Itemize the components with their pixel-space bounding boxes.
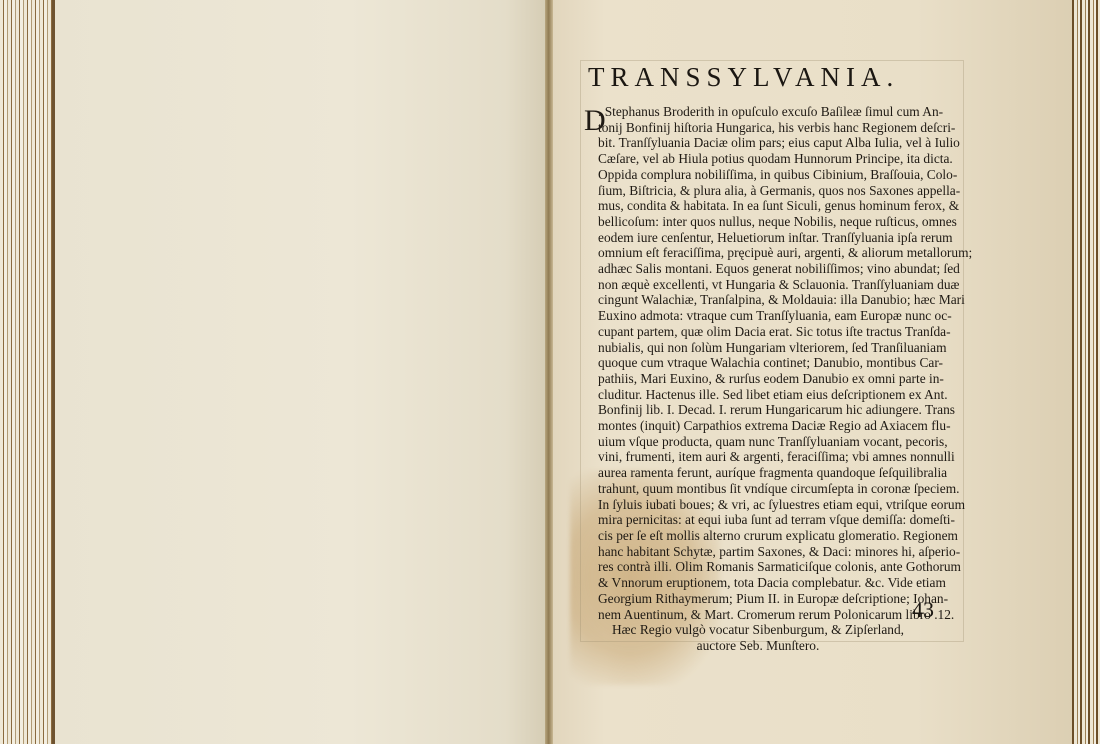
text-line: nubialis, qui non ſolùm Hungariam vlteri…: [598, 340, 918, 356]
text-line: tonij Bonfinij hiſtoria Hungarica, his v…: [598, 120, 918, 136]
text-line: eodem iure cenſentur, Heluetiorum inſtar…: [598, 230, 918, 246]
text-line: mira pernicitas: at equi iuba ſunt ad te…: [598, 512, 918, 528]
text-line: pathiis, Mari Euxino, & rurſus eodem Dan…: [598, 371, 918, 387]
text-line: omnium eſt feraciſſima, pręcipuè auri, a…: [598, 245, 918, 261]
text-line: trahunt, quum montibus ſit vndíque circu…: [598, 481, 918, 497]
page-number: 43: [912, 597, 934, 623]
text-line: . Stephanus Broderith in opuſculo excuſo…: [598, 104, 918, 120]
text-line: Bonfinij lib. I. Decad. I. rerum Hungari…: [598, 402, 918, 418]
text-line: uium vſque producta, quam nunc Tranſſylu…: [598, 434, 918, 450]
text-line: aurea ramenta ferunt, auríque fragmenta …: [598, 465, 918, 481]
text-line: & Vnnorum eruptionem, tota Dacia compleb…: [598, 575, 918, 591]
text-line: cupant partem, quæ olim Dacia erat. Sic …: [598, 324, 918, 340]
text-line: cis per ſe eſt mollis alterno crurum exp…: [598, 528, 918, 544]
text-line: Georgium Rithaymerum; Pium II. in Europæ…: [598, 591, 918, 607]
text-line: bit. Tranſſyluania Daciæ olim pars; eius…: [598, 135, 918, 151]
left-page-blank: [55, 0, 545, 744]
book-page-edges-right: [1072, 0, 1100, 744]
text-line: bellicoſum: inter quos nullus, neque Nob…: [598, 214, 918, 230]
text-line: Euxino admota: vtraque cum Tranſſyluania…: [598, 308, 918, 324]
page-title: TRANSSYLVANIA.: [588, 62, 899, 93]
text-line: vini, frumenti, item auri & argenti, fer…: [598, 449, 918, 465]
drop-cap: D: [584, 106, 606, 136]
text-line: non æquè excellenti, vt Hungaria & Sclau…: [598, 277, 918, 293]
body-text: D . Stephanus Broderith in opuſculo excu…: [598, 104, 918, 654]
text-line: cluditur. Hactenus ille. Sed libet etiam…: [598, 387, 918, 403]
book-page-edges-left: [0, 0, 55, 744]
text-line: hanc habitant Schytæ, partim Saxones, & …: [598, 544, 918, 560]
text-line: cingunt Walachiæ, Tranſalpina, & Moldaui…: [598, 292, 918, 308]
text-line: Cæſare, vel ab Hiula potius quodam Hunno…: [598, 151, 918, 167]
text-line: In ſyluis iubati boues; & vri, ac ſylues…: [598, 497, 918, 513]
text-line: res contrà illi. Olim Romanis Sarmaticiſ…: [598, 559, 918, 575]
text-line: nem Auentinum, & Mart. Cromerum rerum Po…: [598, 607, 918, 623]
text-line: montes (inquit) Carpathios extrema Daciæ…: [598, 418, 918, 434]
closing-line: Hæc Regio vulgò vocatur Sibenburgum, & Z…: [598, 622, 918, 638]
text-line: mus, condita & habitata. In ea ſunt Sicu…: [598, 198, 918, 214]
text-line: ſium, Biſtricia, & plura alia, à Germani…: [598, 183, 918, 199]
book-gutter: [545, 0, 553, 744]
closing-line: auctore Seb. Munſtero.: [598, 638, 918, 654]
text-line: quoque cum vtraque Walachia continet; Da…: [598, 355, 918, 371]
text-line: adhæc Salis montani. Equos generat nobil…: [598, 261, 918, 277]
text-line: Oppida complura nobiliſſima, in quibus C…: [598, 167, 918, 183]
